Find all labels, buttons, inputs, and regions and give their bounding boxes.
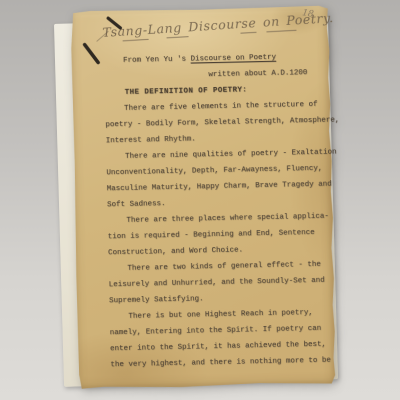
source-line-prefix: From Yen Yu 's — [123, 55, 191, 64]
typed-paragraphs: There are five elements in the structure… — [105, 97, 327, 373]
page-number: 18 — [301, 8, 314, 20]
photograph-background: Tsang-Lang Discourse on Poetry. 18 From … — [0, 0, 400, 400]
source-work-title: Discourse on Poetry — [190, 54, 276, 64]
typed-text-block: From Yen Yu 's Discourse on Poetry writt… — [104, 49, 327, 373]
manuscript-page: Tsang-Lang Discourse on Poetry. 18 From … — [70, 6, 337, 390]
